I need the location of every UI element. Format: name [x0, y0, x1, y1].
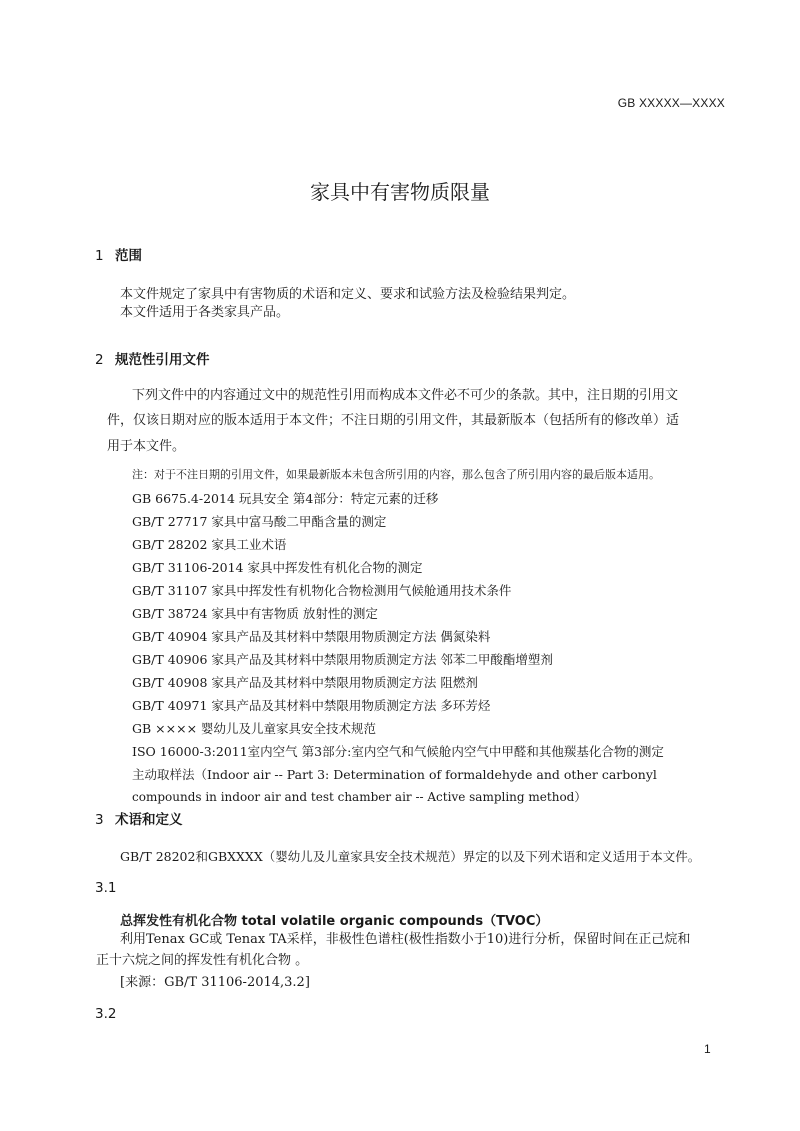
reference-item: GB/T 28202 家具工业术语: [132, 535, 286, 553]
section-number: 1: [95, 248, 115, 264]
section-1-paragraph: 本文件适用于各类家具产品。: [120, 302, 289, 324]
reference-item: GB/T 27717 家具中富马酸二甲酯含量的测定: [132, 512, 386, 530]
section-title: 范围: [115, 248, 142, 264]
document-title: 家具中有害物质限量: [0, 176, 800, 205]
section-title: 规范性引用文件: [115, 352, 210, 368]
reference-item: GB/T 40906 家具产品及其材料中禁限用物质测定方法 邻苯二甲酸酯增塑剂: [132, 650, 553, 668]
section-number: 3: [95, 812, 115, 828]
section-3-intro: GB/T 28202和GBXXXX（婴幼儿及儿童家具安全技术规范）界定的以及下列…: [120, 846, 700, 868]
reference-item: GB/T 31107 家具中挥发性有机物化合物检测用气候舱通用技术条件: [132, 581, 511, 599]
section-2-note: 注：对于不注日期的引用文件，如果最新版本未包含所引用的内容，那么包含了所引用内容…: [132, 466, 660, 482]
clause-number: 3.2: [95, 1006, 116, 1022]
term-title: 总挥发性有机化合物 total volatile organic compoun…: [120, 910, 548, 929]
term-definition-line: 正十六烷之间的挥发性有机化合物 。: [96, 950, 308, 972]
reference-item: GB/T 31106-2014 家具中挥发性有机化合物的测定: [132, 558, 422, 576]
section-2-intro-line: 下列文件中的内容通过文中的规范性引用而构成本文件必不可少的条款。其中，注日期的引…: [132, 385, 678, 407]
reference-item: GB/T 38724 家具中有害物质 放射性的测定: [132, 604, 378, 622]
reference-item: GB/T 40904 家具产品及其材料中禁限用物质测定方法 偶氮染料: [132, 627, 490, 645]
reference-item: GB/T 40971 家具产品及其材料中禁限用物质测定方法 多环芳烃: [132, 696, 490, 714]
reference-item: 主动取样法（Indoor air -- Part 3: Determinatio…: [132, 765, 657, 783]
section-1-heading: 1范围: [95, 244, 142, 264]
term-source: [来源：GB/T 31106-2014,3.2]: [120, 972, 310, 994]
reference-item: GB 6675.4-2014 玩具安全 第4部分：特定元素的迁移: [132, 489, 438, 507]
section-title: 术语和定义: [115, 812, 183, 828]
reference-item: GB/T 40908 家具产品及其材料中禁限用物质测定方法 阻燃剂: [132, 673, 478, 691]
section-2-intro-line: 用于本文件。: [107, 436, 185, 458]
reference-item: ISO 16000-3:2011室内空气 第3部分:室内空气和气候舱内空气中甲醛…: [132, 742, 664, 760]
section-number: 2: [95, 352, 115, 368]
term-definition-line: 利用Tenax GC或 Tenax TA采样，非极性色谱柱(极性指数小于10)进…: [120, 929, 690, 951]
section-2-heading: 2规范性引用文件: [95, 348, 210, 368]
reference-item: GB ×××× 婴幼儿及儿童家具安全技术规范: [132, 719, 376, 737]
page-number: 1: [704, 1042, 711, 1056]
section-3-heading: 3术语和定义: [95, 808, 183, 828]
reference-item: compounds in indoor air and test chamber…: [132, 788, 586, 805]
document-code: GB XXXXX—XXXX: [618, 96, 725, 110]
section-2-intro-line: 件，仅该日期对应的版本适用于本文件；不注日期的引用文件，其最新版本（包括所有的修…: [107, 410, 679, 432]
clause-number: 3.1: [95, 880, 116, 896]
